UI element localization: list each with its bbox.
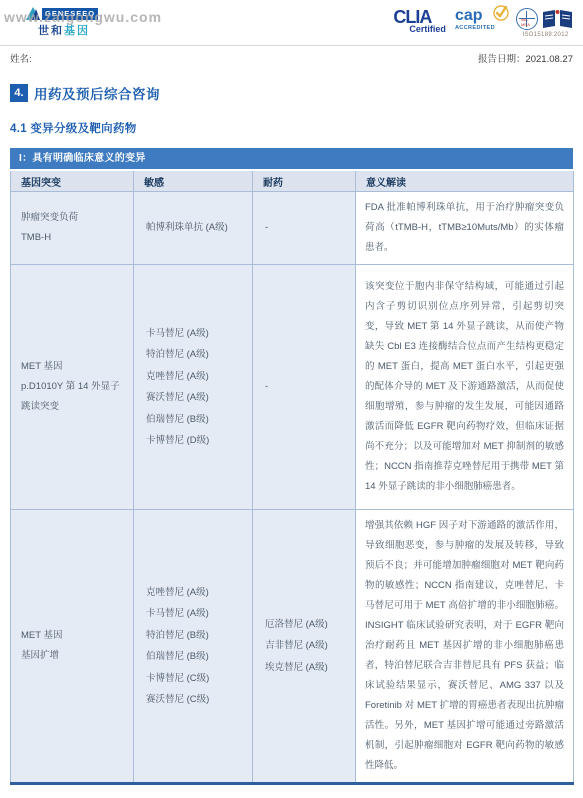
cnas-mark-icon [541,8,575,30]
drug-item: - [265,217,351,239]
subsection-4-1-title: 4.1 变异分级及靶向药物 [10,120,137,136]
header-divider [0,45,583,46]
brand-cn-part2: 基因 [64,25,90,37]
patient-info-row: 姓名: 报告日期：2021.08.27 [10,51,573,65]
gene-cell: MET 基因p.D1010Y 第 14 外显子跳读突变 [11,265,134,510]
sensitive-drugs-cell: 克唑替尼 (A级)卡马替尼 (A级)特泊替尼 (B级)伯瑞替尼 (B级)卡博替尼… [134,510,253,784]
sensitive-drugs-cell: 卡马替尼 (A级)特泊替尼 (A级)克唑替尼 (A级)赛沃替尼 (A级)伯瑞替尼… [134,265,253,510]
ilac-label: ilac-MRA [521,17,537,27]
drug-item: 克唑替尼 (A级) [146,366,248,388]
drug-item: 特泊替尼 (B级) [146,625,248,647]
tier-band-title: I：具有明确临床意义的变异 [10,148,573,169]
drug-item: 厄洛替尼 (A级) [265,614,351,636]
section-4-title: 4. 用药及预后综合咨询 [10,83,160,103]
drug-item: 卡博替尼 (C级) [146,668,248,690]
drug-item: 卡博替尼 (D级) [146,430,248,452]
drug-item: 赛沃替尼 (C级) [146,689,248,711]
gene-line: p.D1010Y 第 14 外显子跳读突变 [21,377,125,417]
drug-item: 埃克替尼 (A级) [265,657,351,679]
drug-item: 吉非替尼 (A级) [265,635,351,657]
drug-item: - [265,376,351,398]
drug-item: 伯瑞替尼 (B级) [146,409,248,431]
drug-item: 卡马替尼 (A级) [146,603,248,625]
variant-table-body: 肿瘤突变负荷TMB-H帕博利珠单抗 (A级)-FDA 批准帕博利珠单抗，用于治疗… [11,192,574,784]
col-header-gene: 基因突变 [11,171,134,192]
gene-cell: 肿瘤突变负荷TMB-H [11,192,134,265]
patient-name-label: 姓名: [10,51,32,65]
interpretation-text: 该突变位于胞内非保守结构域，可能通过引起内含子剪切识别位点序列异常，引起剪切突变… [356,265,574,510]
gene-line: MET 基因 [21,357,125,377]
brand-cn-part1: 世和 [38,25,64,37]
report-date: 报告日期：2021.08.27 [478,51,573,65]
clia-logo: CLIA Certified [393,8,446,34]
gene-line: 肿瘤突变负荷 [21,208,125,228]
iso-accreditation-group: ilac-MRA ISO15189:2012 [516,8,575,38]
watermark-text: www.zaigongwu.com [4,9,162,25]
table-row: MET 基因p.D1010Y 第 14 外显子跳读突变卡马替尼 (A级)特泊替尼… [11,265,574,510]
drug-item: 伯瑞替尼 (B级) [146,646,248,668]
clia-certified-text: Certified [409,25,446,34]
gene-line: 基因扩增 [21,646,125,666]
table-header-row: 基因突变 敏感 耐药 意义解读 [11,171,574,192]
table-row: 肿瘤突变负荷TMB-H帕博利珠单抗 (A级)-FDA 批准帕博利珠单抗，用于治疗… [11,192,574,265]
variant-table: 基因突变 敏感 耐药 意义解读 肿瘤突变负荷TMB-H帕博利珠单抗 (A级)-F… [10,171,574,785]
drug-item: 帕博利珠单抗 (A级) [146,217,248,239]
interpretation-text: 增强其依赖 HGF 因子对下游通路的激活作用，导致细胞恶变，参与肿瘤的发展及转移… [356,510,574,784]
gold-check-icon [493,4,509,22]
gene-line: TMB-H [21,228,125,248]
resistant-drugs-cell: 厄洛替尼 (A级)吉非替尼 (A级)埃克替尼 (A级) [253,510,356,784]
gene-line: MET 基因 [21,626,125,646]
certification-logos: CLIA Certified cap ACCREDITED ilac-MRA I… [393,8,575,38]
table-row: MET 基因基因扩增克唑替尼 (A级)卡马替尼 (A级)特泊替尼 (B级)伯瑞替… [11,510,574,784]
drug-item: 赛沃替尼 (A级) [146,387,248,409]
col-header-sensitive: 敏感 [134,171,253,192]
section-number-badge: 4. [10,84,28,102]
drug-item: 特泊替尼 (A级) [146,344,248,366]
drug-item: 克唑替尼 (A级) [146,582,248,604]
col-header-interpretation: 意义解读 [356,171,574,192]
sensitive-drugs-cell: 帕博利珠单抗 (A级) [134,192,253,265]
cap-logo: cap ACCREDITED [455,8,507,32]
cap-accredited-text: ACCREDITED [455,26,495,32]
resistant-drugs-cell: - [253,192,356,265]
interpretation-text: FDA 批准帕博利珠单抗，用于治疗肿瘤突变负荷高（tTMB-H，tTMB≥10M… [356,192,574,265]
resistant-drugs-cell: - [253,265,356,510]
iso-standard-label: ISO15189:2012 [523,32,569,38]
section-title-text: 用药及预后综合咨询 [34,83,160,103]
drug-item: 卡马替尼 (A级) [146,323,248,345]
gene-cell: MET 基因基因扩增 [11,510,134,784]
cap-text: cap [455,8,495,24]
col-header-resistant: 耐药 [253,171,356,192]
ilac-globe-icon: ilac-MRA [516,8,538,30]
